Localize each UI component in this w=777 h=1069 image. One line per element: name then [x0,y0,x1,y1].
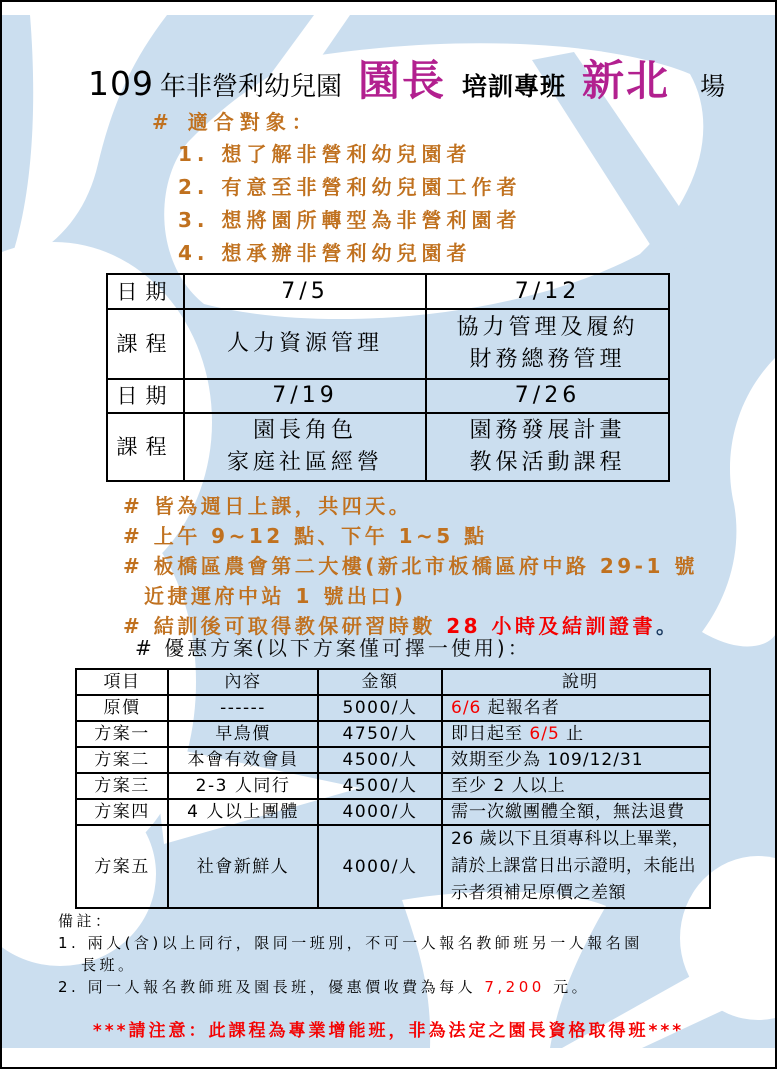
pricing-item: 方案一 [76,721,168,747]
pricing-item: 方案四 [76,799,168,825]
pricing-note-text: 止 [560,724,584,744]
schedule-course-cell: 園長角色 家庭社區經營 [184,413,426,481]
discount-heading: # 優惠方案(以下方案僅可擇一使用)： [135,632,531,661]
remark-text: 2. 同一人報名教師班及園長班，優惠價收費為每人 [58,978,484,996]
schedule-label: 課程 [107,413,184,481]
pricing-price: 4500/人 [318,773,442,799]
pricing-row-plan1: 方案一 早鳥價 4750/人 即日起至 6/5 止 [76,721,710,747]
remark-item: 2. 同一人報名教師班及園長班，優惠價收費為每人 7,200 元。 [58,976,643,998]
pricing-content: 2-3 人同行 [168,773,318,799]
pricing-row-plan2: 方案二 本會有效會員 4500/人 效期至少為 109/12/31 [76,747,710,773]
schedule-label: 日期 [107,379,184,413]
pricing-content: ------ [168,695,318,721]
audience-item: 3. 想將園所轉型為非營利園者 [152,204,521,237]
course-notes: # 皆為週日上課，共四天。 # 上午 9~12 點、下午 1~5 點 # 板橋區… [123,491,698,641]
schedule-course-cell: 園務發展計畫 教保活動課程 [426,413,669,481]
remark-item-continued: 長班。 [58,954,643,976]
pricing-row-plan3: 方案三 2-3 人同行 4500/人 至少 2 人以上 [76,773,710,799]
title-text-3: 場 [700,67,725,103]
pricing-header-item: 項目 [76,669,168,695]
schedule-row-date-2: 日期 7/19 7/26 [107,379,669,413]
schedule-row-course-2: 課程 園長角色 家庭社區經營 園務發展計畫 教保活動課程 [107,413,669,481]
pricing-row-plan4: 方案四 4 人以上團體 4000/人 需一次繳團體全額，無法退費 [76,799,710,825]
audience-section: # 適合對象： 1. 想了解非營利幼兒園者 2. 有意至非營利幼兒園工作者 3.… [152,106,521,270]
audience-heading: # 適合對象： [152,106,521,138]
pricing-note-text: 即日起至 [451,724,529,744]
schedule-date-cell: 7/12 [426,274,669,309]
schedule-label: 日期 [107,274,184,309]
schedule-date-cell: 7/26 [426,379,669,413]
pricing-row-original: 原價 ------ 5000/人 6/6 起報名者 [76,695,710,721]
note-line: # 板橋區農會第二大樓(新北市板橋區府中路 29-1 號 [123,551,698,581]
pricing-note-text: 起報名者 [481,698,559,718]
pricing-price: 4500/人 [318,747,442,773]
note-line: # 皆為週日上課，共四天。 [123,491,698,521]
pricing-price: 5000/人 [318,695,442,721]
pricing-price: 4000/人 [318,799,442,825]
note-line: 近捷運府中站 1 號出口) [123,581,698,611]
pricing-item: 方案五 [76,825,168,908]
remarks-section: 備註： 1. 兩人(含)以上同行，限同一班別，不可一人報名教師班另一人報名園 長… [58,910,643,998]
pricing-header-row: 項目 內容 金額 說明 [76,669,710,695]
pricing-content: 本會有效會員 [168,747,318,773]
pricing-header-price: 金額 [318,669,442,695]
page-title: 109 年非營利幼兒園 園長 培訓專班 新北 場 [88,48,725,108]
schedule-course-cell: 協力管理及履約 財務總務管理 [426,309,669,379]
pricing-note: 26 歲以下且須專科以上畢業，請於上課當日出示證明，未能出示者須補足原價之差額 [442,825,710,908]
pricing-item: 原價 [76,695,168,721]
warning-notice: ***請注意：此課程為專業增能班，非為法定之園長資格取得班*** [2,1016,775,1041]
remarks-heading: 備註： [58,910,643,932]
title-highlight-location: 新北 [582,48,670,108]
title-highlight-role: 園長 [358,48,446,108]
pricing-note-date: 6/5 [529,724,559,744]
schedule-table: 日期 7/5 7/12 課程 人力資源管理 協力管理及履約 財務總務管理 日期 … [106,273,670,482]
pricing-note: 6/6 起報名者 [442,695,710,721]
pricing-content: 早鳥價 [168,721,318,747]
pricing-header-content: 內容 [168,669,318,695]
pricing-header-note: 說明 [442,669,710,695]
audience-item: 2. 有意至非營利幼兒園工作者 [152,171,521,204]
pricing-item: 方案二 [76,747,168,773]
remark-price-highlight: 7,200 [484,978,544,996]
pricing-price: 4750/人 [318,721,442,747]
pricing-note: 需一次繳團體全額，無法退費 [442,799,710,825]
audience-item: 4. 想承辦非營利幼兒園者 [152,237,521,270]
pricing-note: 效期至少為 109/12/31 [442,747,710,773]
note-period: 。 [656,614,680,638]
title-text-1: 年非營利幼兒園 [160,66,342,103]
pricing-item: 方案三 [76,773,168,799]
pricing-price: 4000/人 [318,825,442,908]
schedule-date-cell: 7/5 [184,274,426,309]
schedule-row-course-1: 課程 人力資源管理 協力管理及履約 財務總務管理 [107,309,669,379]
remark-text: 元。 [545,978,590,996]
pricing-table: 項目 內容 金額 說明 原價 ------ 5000/人 6/6 起報名者 方案… [75,668,711,909]
schedule-row-date-1: 日期 7/5 7/12 [107,274,669,309]
pricing-note-date: 6/6 [451,698,481,718]
pricing-note: 即日起至 6/5 止 [442,721,710,747]
pricing-note: 至少 2 人以上 [442,773,710,799]
schedule-course-cell: 人力資源管理 [184,309,426,379]
schedule-label: 課程 [107,309,184,379]
flyer-page: 109 年非營利幼兒園 園長 培訓專班 新北 場 # 適合對象： 1. 想了解非… [0,0,777,1069]
title-text-2: 培訓專班 [462,67,566,103]
remark-item: 1. 兩人(含)以上同行，限同一班別，不可一人報名教師班另一人報名園 [58,932,643,954]
note-line: # 上午 9~12 點、下午 1~5 點 [123,521,698,551]
title-year: 109 [88,64,154,103]
pricing-content: 4 人以上團體 [168,799,318,825]
pricing-row-plan5: 方案五 社會新鮮人 4000/人 26 歲以下且須專科以上畢業，請於上課當日出示… [76,825,710,908]
schedule-date-cell: 7/19 [184,379,426,413]
audience-item: 1. 想了解非營利幼兒園者 [152,138,521,171]
pricing-content: 社會新鮮人 [168,825,318,908]
